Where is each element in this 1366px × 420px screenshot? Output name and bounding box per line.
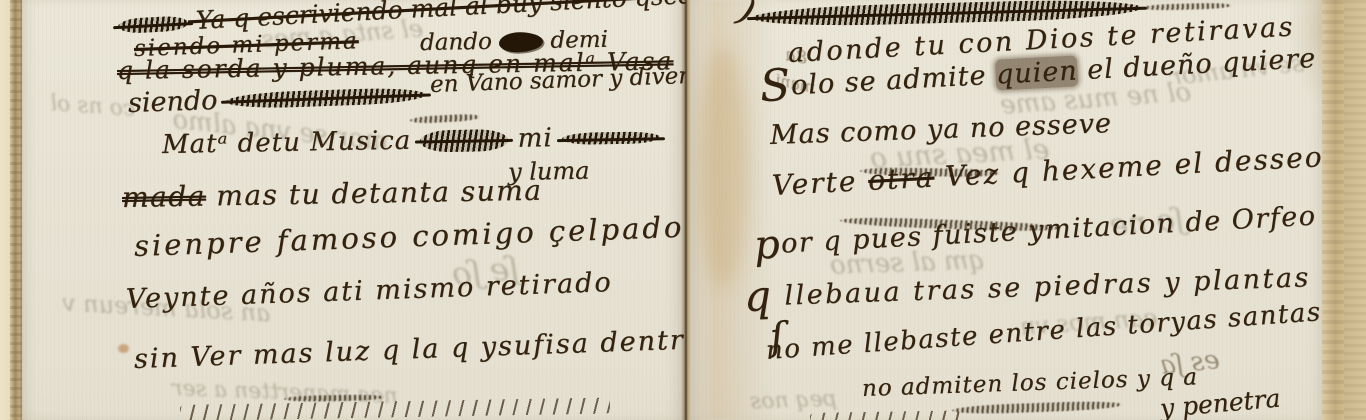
right-line-4: Mas como ya no esseve xyxy=(770,110,1113,149)
ink-scribble xyxy=(562,131,660,145)
ink-scribble xyxy=(226,86,426,109)
left-line-7: sienpre famoso comigo çelpado xyxy=(133,213,684,261)
handwritten-text: quien xyxy=(995,55,1078,90)
ink-strike-smudge xyxy=(952,400,1122,415)
right-line-10-struck-bit xyxy=(952,396,1122,418)
handwritten-text: siendo xyxy=(127,85,226,119)
page-block-edge xyxy=(1322,0,1346,420)
left-line-10-clipped xyxy=(180,396,610,420)
left-line-4-tail-struck xyxy=(410,108,481,128)
handwritten-text: Verte xyxy=(771,164,869,202)
left-line-6: mada mas tu detanta suma xyxy=(122,177,543,212)
left-line-8: Veynte años ati mismo retirado xyxy=(126,269,614,313)
clipped-stroke-tops xyxy=(180,397,610,420)
handwritten-text: S xyxy=(759,60,793,113)
handwritten-text: otra xyxy=(867,161,935,197)
handwritten-text: sin Ver mas luz q la q ysufisa dentro xyxy=(133,324,686,375)
right-line-9: no admiten los cielos y q a xyxy=(862,366,1199,401)
ink-scribble xyxy=(420,129,508,153)
right-page: 8amaniol ne mus amese vn amorel mea snu … xyxy=(690,0,1322,420)
ink-strike-smudge xyxy=(1142,2,1232,10)
handwritten-text: q xyxy=(743,271,774,321)
manuscript-scan: co ns olmor se vna almoel snta q mesʃe ʃ… xyxy=(0,0,1366,420)
handwritten-text: Mas como ya no esseve xyxy=(769,108,1112,151)
ink-strike-smudge xyxy=(410,113,480,124)
right-line-10-clipped-left xyxy=(810,407,960,420)
handwritten-text: mada xyxy=(122,180,206,214)
handwritten-text: or q pues fuiste ymitacion de Orfeo xyxy=(780,201,1317,260)
handwritten-text: sienpre famoso comigo çelpado xyxy=(133,210,684,263)
right-page-text-layer: )adonde tu con Dios te retiravasSolo se … xyxy=(690,0,1322,420)
left-line-9: sin Ver mas luz q la q ysufisa dentro xyxy=(134,326,686,373)
handwritten-text: no admiten los cielos y q a xyxy=(862,364,1199,402)
left-page: co ns olmor se vna almoel snta q mesʃe ʃ… xyxy=(22,0,686,420)
handwritten-text: p xyxy=(753,221,782,268)
handwritten-text: Matᵃ detu Musica xyxy=(162,125,421,160)
handwritten-text: Vez q hexeme el desseo xyxy=(933,140,1322,193)
left-line-5: Matᵃ detu Musica mi xyxy=(162,123,660,158)
left-line-4: siendo xyxy=(128,80,427,117)
handwritten-text: mi xyxy=(508,123,562,154)
right-line-5: Verte otra Vez q hexeme el desseo xyxy=(771,143,1322,200)
right-line-6: por q pues fuiste ymitacion de Orfeo xyxy=(753,203,1317,259)
clipped-stroke-tops xyxy=(810,410,960,420)
handwritten-text: Veynte años ati mismo retirado xyxy=(125,267,613,315)
fore-edge xyxy=(1344,0,1366,420)
left-page-text-layer: Ya q escriviendo mal al buy siento qsedo… xyxy=(22,0,686,420)
ink-scribble xyxy=(118,15,189,34)
handwritten-text: mas tu detanta suma xyxy=(206,174,543,213)
